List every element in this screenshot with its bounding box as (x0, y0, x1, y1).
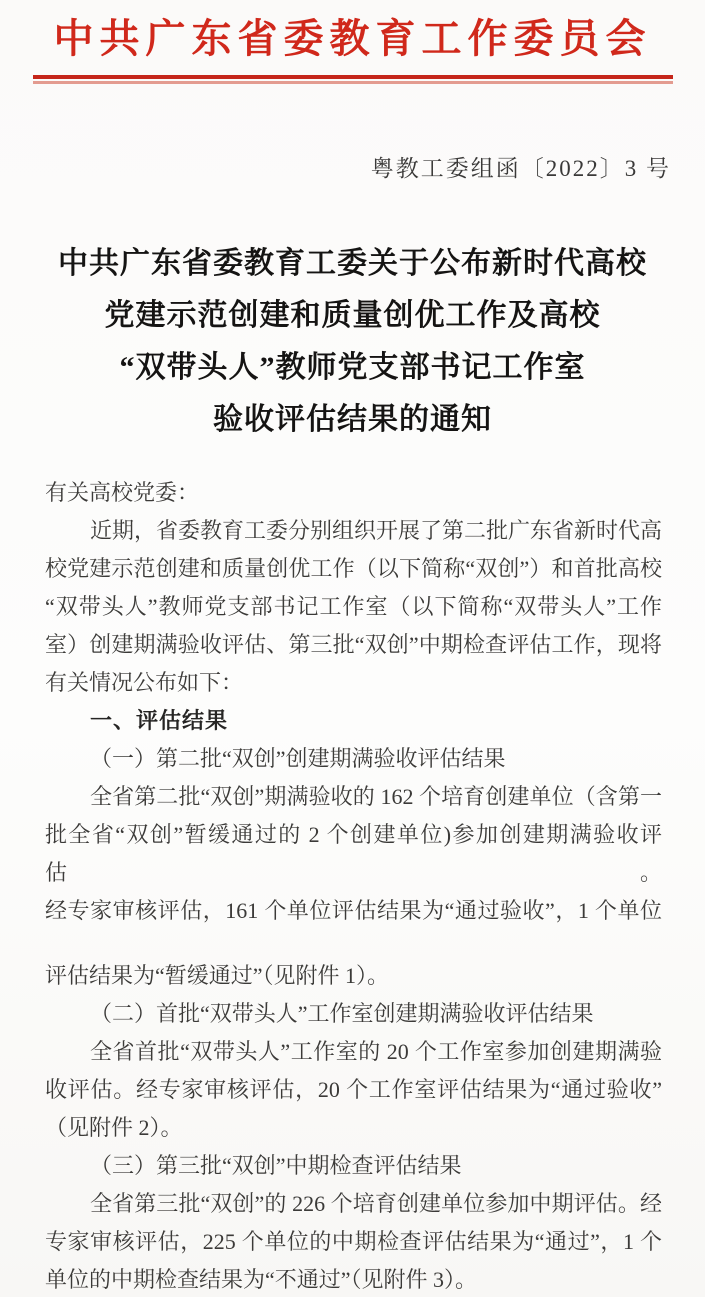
text-line: “双带头人”教师党支部书记工作室（以下简称“双带头人”工作 (45, 588, 662, 626)
document-title: 中共广东省委教育工委关于公布新时代高校 党建示范创建和质量创优工作及高校 “双带… (0, 238, 705, 446)
text-line: 一、评估结果 (45, 702, 662, 740)
text-line: （三）第三批“双创”中期检查评估结果 (45, 1147, 662, 1185)
title-line-4: 验收评估结果的通知 (0, 394, 705, 446)
sub-2-paragraph: 全省首批“双带头人”工作室的 20 个工作室参加创建期满验收评估。经专家审核评估… (45, 1033, 662, 1147)
text-line: 收评估。经专家审核评估，20 个工作室评估结果为“通过验收” (45, 1071, 662, 1109)
organization-name: 中共广东省委教育工作委员会 (0, 0, 705, 65)
sub-1-paragraph: 全省第二批“双创”期满验收的 162 个培育创建单位（含第一批全省“双创”暂缓通… (45, 778, 662, 995)
text-line: 全省首批“双带头人”工作室的 20 个工作室参加创建期满验 (45, 1033, 662, 1071)
intro-paragraph: 近期，省委教育工委分别组织开展了第二批广东省新时代高校党建示范创建和质量创优工作… (45, 512, 662, 702)
text-line: （一）第二批“双创”创建期满验收评估结果 (45, 740, 662, 778)
text-line: （二）首批“双带头人”工作室创建期满验收评估结果 (45, 995, 662, 1033)
text-line: 单位的中期检查结果为“不通过”（见附件 3）。 (45, 1261, 662, 1297)
sub-2-heading: （二）首批“双带头人”工作室创建期满验收评估结果 (45, 995, 662, 1033)
body-blocks: 近期，省委教育工委分别组织开展了第二批广东省新时代高校党建示范创建和质量创优工作… (45, 512, 662, 1297)
text-line: 评估结果为“暂缓通过”（见附件 1）。 (45, 957, 662, 995)
text-line: 校党建示范创建和质量创优工作（以下简称“双创”）和首批高校 (45, 550, 662, 588)
sub-1-heading: （一）第二批“双创”创建期满验收评估结果 (45, 740, 662, 778)
text-line: 经专家审核评估，161 个单位评估结果为“通过验收”，1 个单位 (45, 892, 662, 930)
document-number: 粤教工委组函〔2022〕3 号 (0, 154, 705, 184)
sub-3-paragraph: 全省第三批“双创”的 226 个培育创建单位参加中期评估。经专家审核评估，225… (45, 1185, 662, 1297)
text-line: 专家审核评估，225 个单位的中期检查评估结果为“通过”，1 个 (45, 1223, 662, 1261)
title-line-3: “双带头人”教师党支部书记工作室 (0, 342, 705, 394)
letterhead-divider (33, 75, 673, 84)
text-line: （见附件 2）。 (45, 1109, 662, 1147)
title-line-1: 中共广东省委教育工委关于公布新时代高校 (0, 238, 705, 290)
title-line-2: 党建示范创建和质量创优工作及高校 (0, 290, 705, 342)
text-line: 全省第二批“双创”期满验收的 162 个培育创建单位（含第一 (45, 778, 662, 816)
salutation: 有关高校党委： (45, 474, 662, 512)
document-page: 中共广东省委教育工作委员会 粤教工委组函〔2022〕3 号 中共广东省委教育工委… (0, 0, 705, 1297)
text-line: 有关情况公布如下： (45, 664, 662, 702)
text-line: 室）创建期满验收评估、第三批“双创”中期检查评估工作，现将 (45, 626, 662, 664)
section-1-heading: 一、评估结果 (45, 702, 662, 740)
text-line: 近期，省委教育工委分别组织开展了第二批广东省新时代高 (45, 512, 662, 550)
text-line: 全省第三批“双创”的 226 个培育创建单位参加中期评估。经 (45, 1185, 662, 1223)
divider-thin-line (33, 81, 673, 84)
sub-3-heading: （三）第三批“双创”中期检查评估结果 (45, 1147, 662, 1185)
document-body: 有关高校党委： 近期，省委教育工委分别组织开展了第二批广东省新时代高校党建示范创… (0, 474, 705, 1297)
text-line: 批全省“双创”暂缓通过的 2 个创建单位)参加创建期满验收评估。 (45, 816, 662, 892)
letterhead: 中共广东省委教育工作委员会 (0, 0, 705, 84)
